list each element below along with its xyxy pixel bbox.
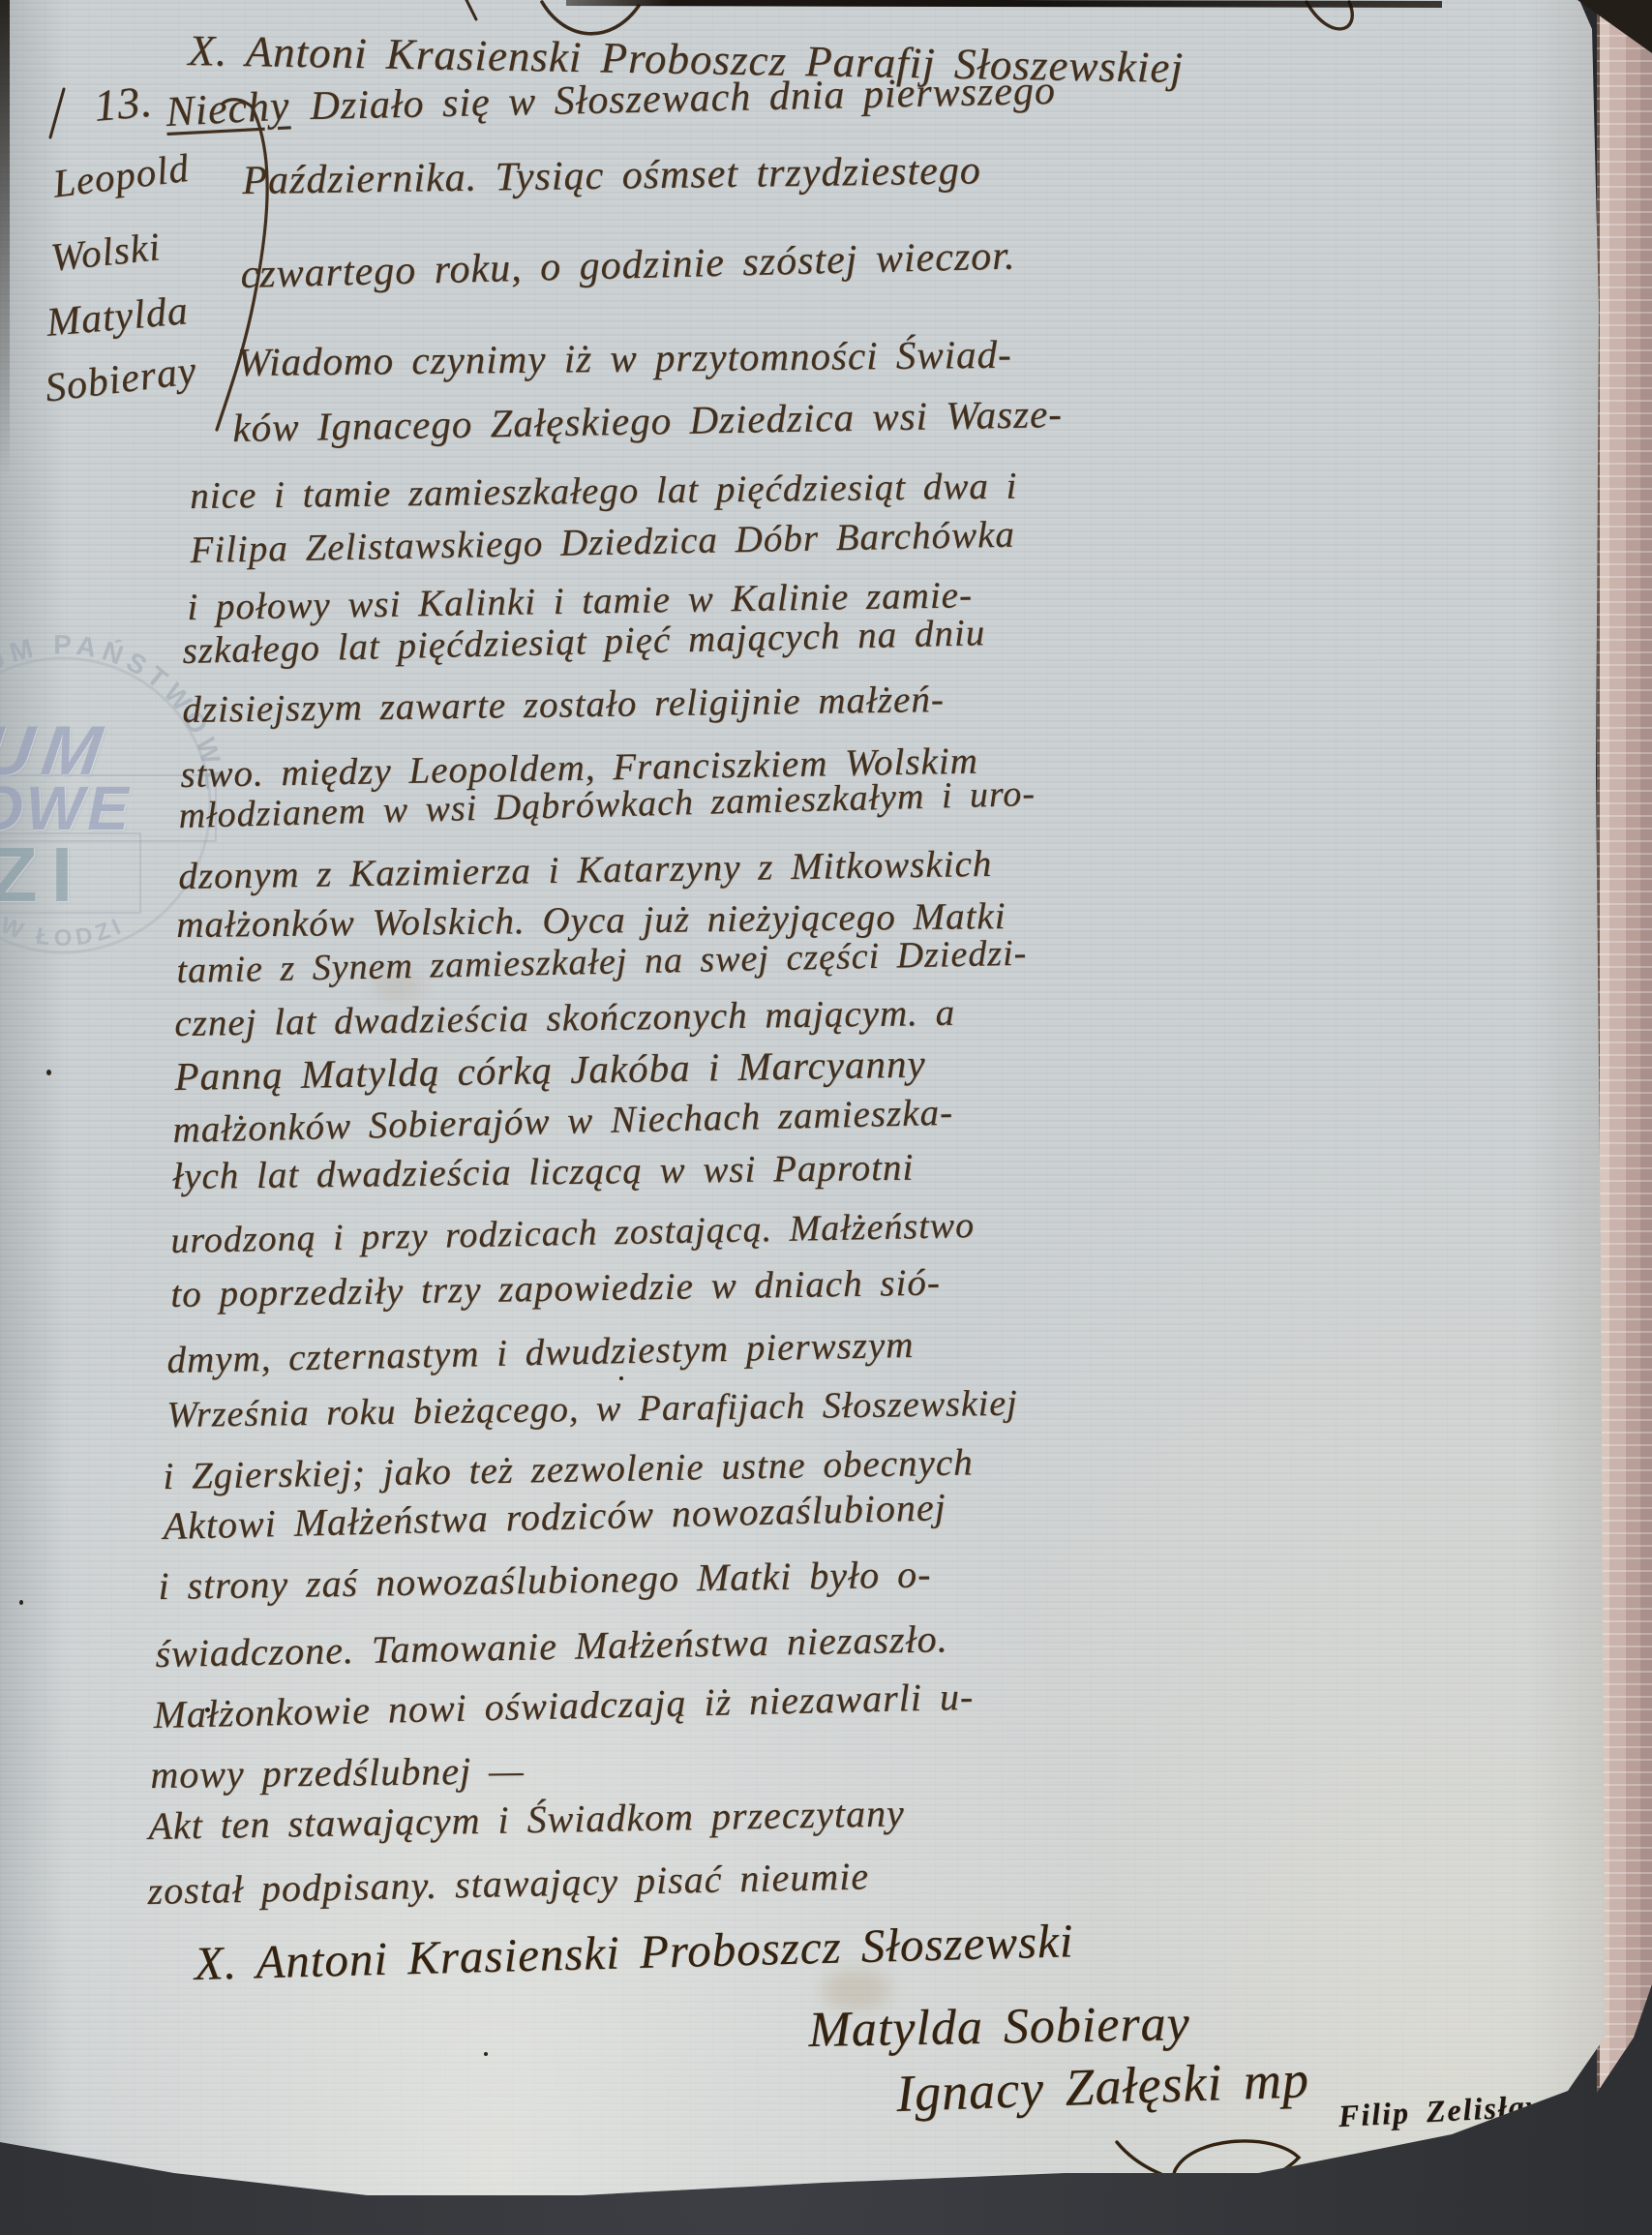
signature-witness-zaleski: Ignacy Załęski mp <box>895 2049 1310 2124</box>
manuscript-line: Wiadomo czynimy iż w przytomności Świad- <box>237 331 1012 385</box>
archival-photo: ARCHIWUM PAŃSTWOWE W ŁODZI UM OWE ZI X. … <box>0 0 1652 2235</box>
top-crop-ink-line <box>566 0 1442 8</box>
margin-name-bride-last: Sobieray <box>43 347 199 412</box>
manuscript-line: Małżonkowie nowi oświadczają iż niezawar… <box>153 1674 975 1737</box>
manuscript-line: ków Ignacego Załęskiego Dziedzica wsi Wa… <box>232 390 1063 451</box>
ink-speck <box>619 1376 623 1380</box>
pen-tick-left-margin <box>39 77 77 145</box>
ink-speck <box>46 1070 51 1075</box>
manuscript-line: urodzoną i przy rodzicach zostającą. Mał… <box>170 1204 975 1262</box>
margin-entry-number: 13. <box>92 76 155 132</box>
signature-priest: X. Antoni Krasienski Proboszcz Słoszewsk… <box>194 1913 1074 1991</box>
book-page-edges <box>1597 0 1652 2100</box>
manuscript-line: Września roku bieżącego, w Parafijach Sł… <box>166 1382 1018 1436</box>
document-page: ARCHIWUM PAŃSTWOWE W ŁODZI UM OWE ZI X. … <box>0 0 1652 2235</box>
manuscript-line: dzisiejszym zawarte zostało religijnie m… <box>182 678 945 732</box>
manuscript-line: mowy przedślubnej — <box>150 1747 525 1797</box>
manuscript-line: Października. Tysiąc ośmset trzydziesteg… <box>242 147 981 204</box>
signature-bride: Matylda Sobieray <box>808 1995 1190 2059</box>
manuscript-line: Filipa Zelistawskiego Dziedzica Dóbr Bar… <box>190 513 1015 572</box>
manuscript-line: i strony zaś nowozaślubionego Matki było… <box>158 1551 932 1609</box>
manuscript-line: Akt ten stawającym i Świadkom przeczytan… <box>148 1790 905 1849</box>
signature-witness-zelislawski: Filip Zelisławski <box>1337 2085 1591 2134</box>
manuscript-line: dzonym z Kazimierza i Katarzyny z Mitkow… <box>178 842 993 898</box>
manuscript-line: cznej lat dwadzieścia skończonych mający… <box>174 991 955 1045</box>
margin-name-bride-first: Matylda <box>45 287 191 347</box>
manuscript-line: czwartego roku, o godzinie szóstej wiecz… <box>240 232 1016 298</box>
margin-brace <box>203 97 290 436</box>
dark-edge-left <box>0 0 10 503</box>
margin-name-groom-last: Wolski <box>48 223 163 281</box>
manuscript-line: Panną Matyldą córką Jakóba i Marcyanny <box>174 1040 926 1100</box>
manuscript-line: dmym, czternastym i dwudziestym pierwszy… <box>166 1323 915 1382</box>
pen-flourish-top <box>445 0 697 48</box>
ink-speck <box>19 1600 23 1605</box>
manuscript-line: małżonków Sobierajów w Niechach zamieszk… <box>172 1091 953 1152</box>
margin-name-groom-first: Leopold <box>50 144 192 207</box>
manuscript-line: to poprzedziły trzy zapowiedzie w dniach… <box>170 1261 941 1316</box>
manuscript-line: łych lat dwadzieścia liczącą w wsi Papro… <box>172 1146 915 1198</box>
ink-speck <box>205 1707 210 1712</box>
signature-flourish <box>1103 2125 1336 2202</box>
ink-speck <box>484 2052 488 2056</box>
stamp-letters-zi: ZI <box>0 831 86 920</box>
manuscript-line: został podpisany. stawający pisać nieumi… <box>147 1853 869 1914</box>
manuscript-line: świadczone. Tamowanie Małżeństwa niezasz… <box>155 1616 948 1676</box>
manuscript-line: nice i tamie zamieszkałego lat pięćdzies… <box>190 465 1018 518</box>
